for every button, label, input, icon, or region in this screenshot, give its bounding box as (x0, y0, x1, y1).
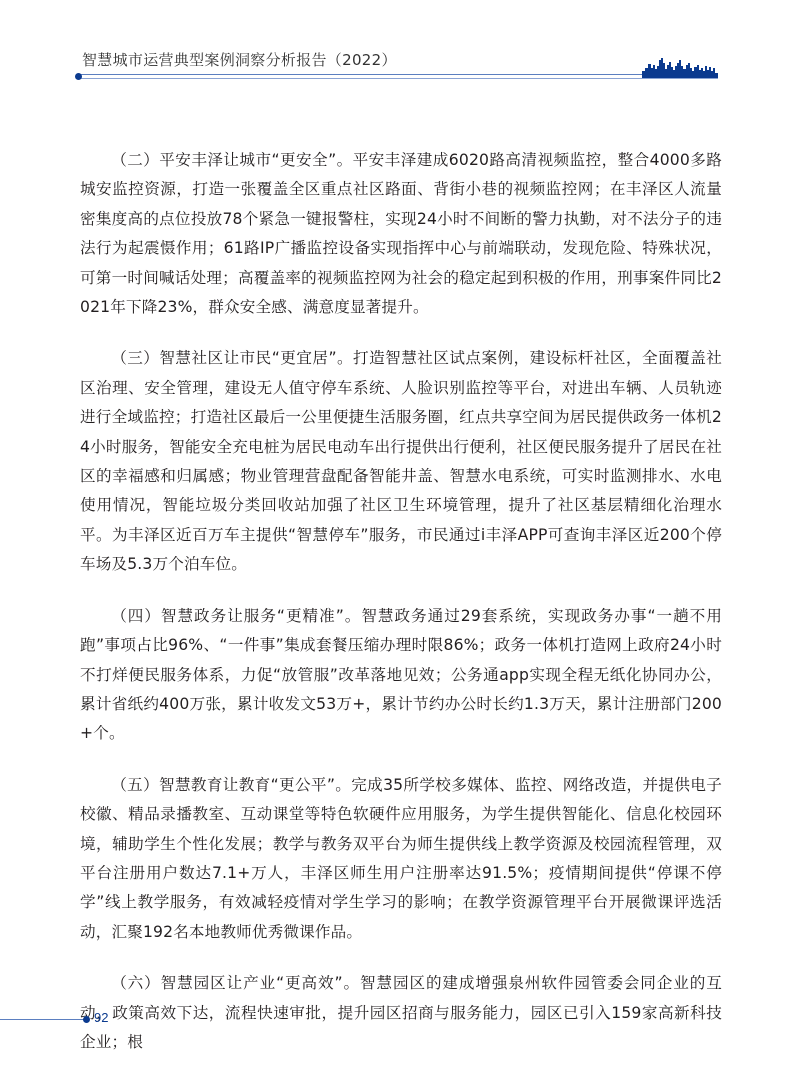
paragraph-park: （六）智慧园区让产业“更高效”。智慧园区的建成增强泉州软件园管委会同企业的互动，… (80, 969, 722, 1057)
paragraph-safety: （二）平安丰泽让城市“更安全”。平安丰泽建成6020路高清视频监控，整合4000… (80, 146, 722, 322)
header-rule-top (78, 74, 646, 75)
paragraph-government: （四）智慧政务让服务“更精准”。智慧政务通过29套系统，实现政务办事“一趟不用跑… (80, 602, 722, 749)
page-number: 92 (94, 1010, 108, 1025)
footer-rule (0, 1019, 85, 1020)
header-rule-bottom (78, 78, 718, 79)
paragraph-community: （三）智慧社区让市民“更宜居”。打造智慧社区试点案例，建设标杆社区，全面覆盖社区… (80, 344, 722, 579)
document-body: （二）平安丰泽让城市“更安全”。平安丰泽建成6020路高清视频监控，整合4000… (80, 146, 722, 1077)
report-title: 智慧城市运营典型案例洞察分析报告（2022） (82, 49, 397, 70)
footer-dot-icon (83, 1016, 90, 1023)
header-dot-icon (75, 73, 82, 80)
city-skyline-icon (642, 56, 720, 78)
paragraph-education: （五）智慧教育让教育“更公平”。完成35所学校多媒体、监控、网络改造，并提供电子… (80, 771, 722, 947)
